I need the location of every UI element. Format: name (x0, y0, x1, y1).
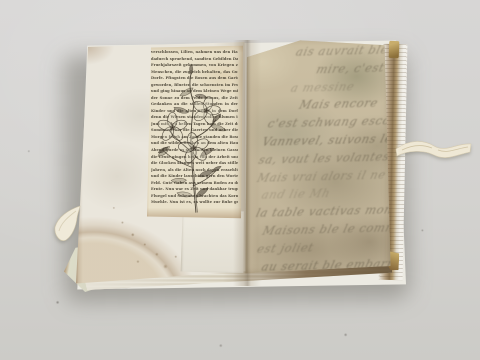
spine-gutter-shadow (233, 40, 261, 286)
rose-flower-left (157, 112, 189, 142)
journal-photo: verschlossen, Lilien, nahmen uns den Han… (0, 0, 480, 360)
handwritten-text: ais auvrait ble carollersmire, c'est pou… (247, 42, 403, 280)
ribbon-tie-right (394, 133, 474, 169)
botanical-illustration (146, 56, 242, 216)
brass-corner-top (389, 41, 400, 58)
newspaper-clipping: verschlossen, Lilien, nahmen uns den Han… (144, 44, 244, 220)
right-page: ais auvrait ble carollersmire, c'est pou… (244, 38, 392, 278)
ribbon-tie-left (50, 203, 86, 247)
